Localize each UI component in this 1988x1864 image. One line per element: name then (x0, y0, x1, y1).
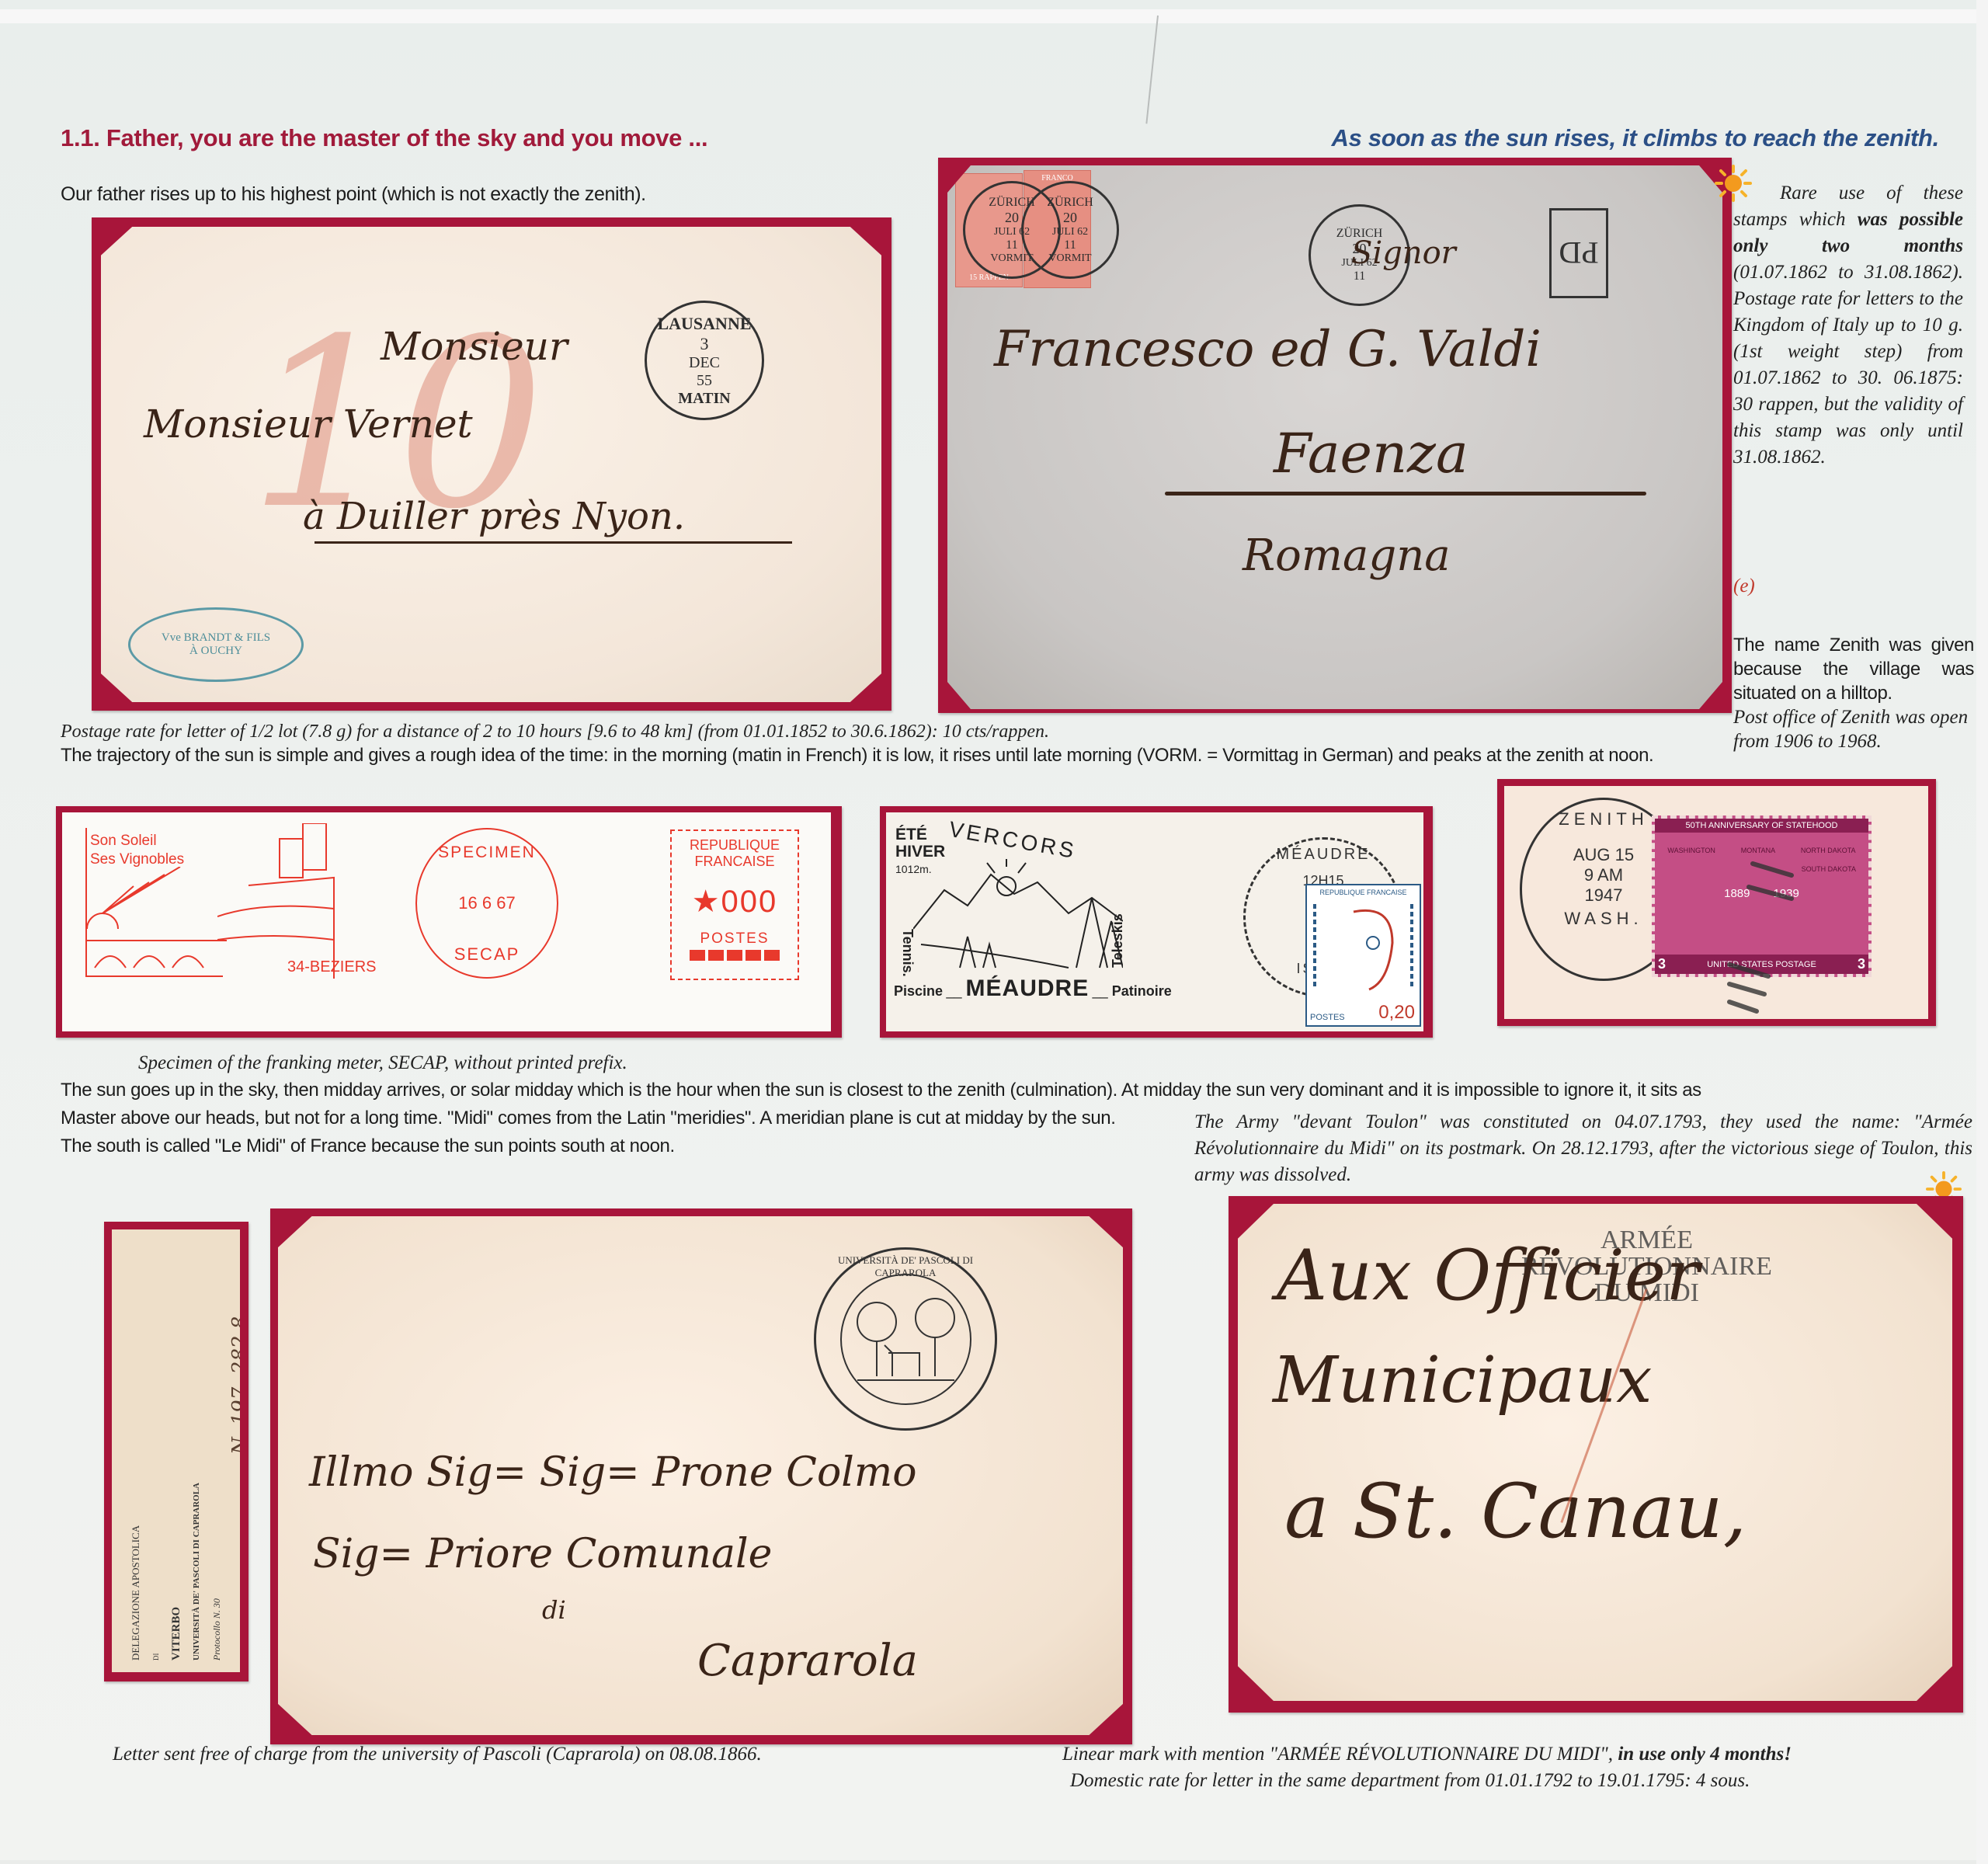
seal-inner-ring (840, 1274, 971, 1405)
page-fold-line (1145, 16, 1159, 123)
address-line: Faenza (1274, 422, 1468, 485)
marianne-stamp: REPUBLIQUE FRANCAISE POSTES 0,20 (1305, 884, 1421, 1027)
caprarola-caption: Letter sent free of charge from the univ… (113, 1741, 762, 1768)
oval-line: À OUCHY (130, 645, 301, 658)
caprarola-label[interactable]: N. 197. 282 8 Agosto 1866 DELEGAZIONE AP… (112, 1229, 240, 1672)
caption-emphasis: in use only 4 months! (1618, 1744, 1792, 1765)
army-cover-mount: ARMÉE RÉVOLUTIONNAIRE DU MIDI Aux Offici… (1229, 1196, 1963, 1713)
ring-top-text: SPECIMEN (417, 843, 557, 862)
meaudre-cover[interactable]: ÉTÉ HIVER 1012m. VERCORS Tennis. Teleski… (886, 812, 1423, 1031)
postmark-day: 20 (1063, 210, 1077, 226)
oval-line: Vve BRANDT & FILS (130, 631, 301, 645)
sender-oval-stamp: Vve BRANDT & FILS À OUCHY (128, 607, 304, 682)
postmark-hour: 11 (1006, 238, 1017, 252)
mountain-landscape-drawing (913, 851, 1123, 975)
meter-country: REPUBLIQUE (672, 837, 798, 854)
stamp-value: 0,20 (1378, 1002, 1415, 1024)
army-history-note: The Army "devant Toulon" was constituted… (1194, 1109, 1972, 1188)
address-underline (315, 541, 792, 544)
address-line: Signor (1351, 235, 1456, 271)
page-right-edge (1976, 0, 1988, 1864)
stamp-value: 3 (1858, 956, 1865, 972)
seal-text: UNIVERSITÀ DE' PASCOLI DI CAPRAROLA (816, 1254, 995, 1279)
page-title: 1.1. Father, you are the master of the s… (61, 124, 707, 152)
address-line: Monsieur Vernet (144, 402, 473, 447)
meter-mount: Son Soleil Ses Vignobles (56, 806, 842, 1038)
page-subtitle: As soon as the sun rises, it climbs to r… (1331, 124, 1939, 152)
flamme-bottom-line: Piscine __ MÉAUDRE __ Patinoire (894, 975, 1172, 1002)
meter-date-ring: SPECIMEN 16 6 67 SECAP (415, 828, 558, 979)
address-line: Caprarola (697, 1636, 918, 1686)
address-line: à Duiller près Nyon. (303, 495, 685, 538)
lausanne-caption: Postage rate for letter of 1/2 lot (7.8 … (61, 718, 1049, 745)
address-underline (1165, 492, 1646, 496)
meter-caption: Specimen of the franking meter, SECAP, w… (138, 1050, 627, 1076)
zenith-name-note: The name Zenith was given because the vi… (1733, 633, 1974, 705)
meter-slogan: Son Soleil Ses Vignobles (90, 832, 184, 869)
stamp-map-states: WASHINGTON MONTANA NORTH DAKOTA (1655, 847, 1868, 854)
army-cover[interactable]: ARMÉE RÉVOLUTIONNAIRE DU MIDI Aux Offici… (1238, 1204, 1952, 1701)
address-line: Romagna (1242, 530, 1451, 581)
zurich-cover[interactable]: 15 RAPPEN FRANCO ZÜRICH 20 JULI 62 11 VO… (947, 165, 1722, 709)
label-print-block: DELEGAZIONE APOSTOLICA DI VITERBO UNIVER… (126, 1459, 227, 1661)
address-line: Illmo Sig= Sig= Prone Colmo (309, 1449, 917, 1496)
address-line: a St. Canau, (1284, 1468, 1746, 1555)
postmark-town: MÉAUDRE (1246, 846, 1401, 864)
caprarola-label-mount: N. 197. 282 8 Agosto 1866 DELEGAZIONE AP… (104, 1222, 248, 1681)
army-caption: Linear mark with mention "ARMÉE RÉVOLUTI… (1062, 1741, 1792, 1768)
ring-bottom-text: SECAP (417, 944, 557, 965)
album-page: 1.1. Father, you are the master of the s… (0, 0, 1976, 1860)
meter-postes: POSTES (672, 930, 798, 948)
meter-town: 34-BEZIERS (287, 958, 376, 976)
caprarola-cover[interactable]: UNIVERSITÀ DE' PASCOLI DI CAPRAROLA Illm… (278, 1216, 1123, 1735)
postmark-hour: 11 (1354, 270, 1365, 283)
postmark-bottom: MATIN (678, 390, 730, 408)
pd-mark: PD (1549, 208, 1608, 298)
caption-text: Linear mark with mention "ARMÉE RÉVOLUTI… (1062, 1744, 1618, 1765)
meter-cover[interactable]: Son Soleil Ses Vignobles (62, 812, 831, 1031)
handwritten-note: N. 197. 282 8 Agosto 1866 (228, 1253, 240, 1455)
flamme-teleskis: Teleskis (1110, 913, 1126, 968)
flamme-town: MÉAUDRE (966, 975, 1090, 1001)
state-label: MONTANA (1741, 847, 1775, 854)
state-label: NORTH DAKOTA (1801, 847, 1856, 854)
meter-blocks (672, 950, 798, 961)
ring-date: 16 6 67 (417, 893, 557, 913)
stamp-postes: POSTES (1310, 1013, 1345, 1022)
address-line: Monsieur (381, 324, 568, 369)
beziers-illustration: Son Soleil Ses Vignobles (85, 828, 223, 977)
label-line: VITERBO (166, 1459, 186, 1661)
meter-value: ★000 (672, 884, 798, 920)
zenith-mount: ZENITH AUG 15 9 AM 1947 WASH. 50TH ANNIV… (1497, 779, 1936, 1026)
address-line: Municipaux (1273, 1344, 1652, 1417)
postmark-hour: 11 (1064, 238, 1076, 252)
state-label: WASHINGTON (1667, 847, 1715, 854)
lausanne-cover-mount: 10 Monsieur Monsieur Vernet à Duiller pr… (92, 217, 891, 711)
caprarola-cover-mount: UNIVERSITÀ DE' PASCOLI DI CAPRAROLA Illm… (270, 1208, 1132, 1744)
lausanne-cover[interactable]: 10 Monsieur Monsieur Vernet à Duiller pr… (101, 227, 881, 702)
postmark-town: ZÜRICH (1047, 196, 1093, 210)
stamp-header: 50TH ANNIVERSARY OF STATEHOOD (1655, 819, 1868, 833)
midi-text-line1: The sun goes up in the sky, then midday … (61, 1076, 1963, 1104)
label-text-block: N. 197. 282 8 Agosto 1866 (228, 1253, 240, 1657)
footnote-ref: (e) (1733, 573, 1755, 600)
postmark-year: 55 (697, 372, 712, 390)
zenith-office-note: Post office of Zenith was open from 1906… (1733, 705, 1982, 753)
sun-bridge-drawing (87, 867, 227, 975)
slogan-line: Son Soleil (90, 832, 184, 850)
stamp-country: REPUBLIQUE FRANCAISE (1307, 889, 1420, 896)
flamme-tennis: Tennis. (899, 929, 916, 977)
postmark-day: 20 (1005, 210, 1019, 226)
address-line: Aux Officier (1277, 1235, 1699, 1316)
marianne-portrait (1307, 896, 1420, 997)
postmark-month: JULI 62 (1052, 226, 1088, 238)
intro-text: Our father rises up to his highest point… (61, 180, 646, 208)
page-top-edge (0, 9, 1976, 23)
zenith-cover[interactable]: ZENITH AUG 15 9 AM 1947 WASH. 50TH ANNIV… (1504, 786, 1928, 1019)
address-line: Francesco ed G. Valdi (994, 321, 1541, 378)
postmark-month: DEC (689, 354, 720, 372)
trajectory-text: The trajectory of the sun is simple and … (61, 742, 1676, 770)
meaudre-mount: ÉTÉ HIVER 1012m. VERCORS Tennis. Teleski… (880, 806, 1433, 1038)
label-line: UNIVERSITÀ DE' PASCOLI DI CAPRAROLA (186, 1459, 207, 1661)
army-rate-caption: Domestic rate for letter in the same dep… (1070, 1768, 1750, 1794)
postmark-bottom: VORMIT (1048, 252, 1091, 265)
postmark-town: LAUSANNE (657, 314, 751, 334)
meter-country: FRANCAISE (672, 854, 798, 870)
stamp-header: FRANCO (1024, 174, 1090, 183)
flamme-piscine: Piscine (894, 983, 943, 999)
label-line: DELEGAZIONE APOSTOLICA (126, 1459, 146, 1661)
university-seal: UNIVERSITÀ DE' PASCOLI DI CAPRAROLA (814, 1247, 997, 1431)
season-summer: ÉTÉ (895, 826, 945, 843)
label-line: Protocollo N. 30 (207, 1459, 227, 1661)
zurich-postmark: ZÜRICH 20 JULI 62 11 VORMIT (1021, 181, 1119, 279)
note-text: (01.07.1862 to 31.08.1862). Postage rate… (1733, 262, 1963, 468)
flamme-patinoire: Patinoire (1112, 983, 1172, 999)
address-line: Sig= Priore Comunale (313, 1531, 772, 1577)
lausanne-postmark: LAUSANNE 3 DEC 55 MATIN (645, 301, 764, 420)
trees-and-animal-drawing (842, 1275, 970, 1403)
label-line: DI (146, 1459, 166, 1661)
zurich-cover-mount: 15 RAPPEN FRANCO ZÜRICH 20 JULI 62 11 VO… (938, 158, 1732, 713)
meter-value-frame: REPUBLIQUE FRANCAISE ★000 POSTES (670, 829, 799, 980)
stamp-value: 3 (1658, 956, 1666, 972)
postmark-day: 3 (700, 334, 709, 354)
zurich-side-note: Rare use of these stamps which was possi… (1733, 180, 1963, 471)
midi-text-line2: Master above our heads, but not for a lo… (61, 1104, 1148, 1160)
duplex-killer-bars (1706, 856, 1807, 1019)
address-line: di (542, 1595, 566, 1625)
